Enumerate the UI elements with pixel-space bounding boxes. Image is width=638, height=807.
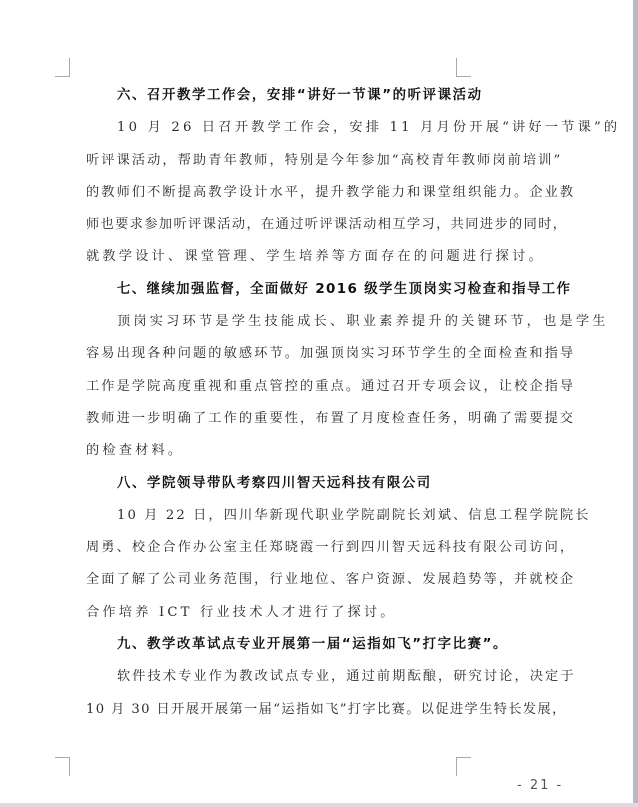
paragraph-line: 的教师们不断提高教学设计水平，提升教学能力和课堂组织能力。企业教 <box>86 177 556 209</box>
paragraph-line: 全面了解了公司业务范围，行业地位、客户资源、发展趋势等，并就校企 <box>86 564 556 596</box>
paragraph-line: 10 月 30 日开展开展第一届“运指如飞”打字比赛。以促进学生特长发展， <box>86 694 556 726</box>
section-heading: 六、召开教学工作会，安排“讲好一节课”的听评课活动 <box>86 80 556 112</box>
paragraph-line: 10 月 22 日，四川华新现代职业学院副院长刘斌、信息工程学院院长 <box>86 500 556 532</box>
document-page: 六、召开教学工作会，安排“讲好一节课”的听评课活动 10 月 26 日召开教学工… <box>0 0 633 803</box>
paragraph-line: 顶岗实习环节是学生技能成长、职业素养提升的关键环节，也是学生 <box>86 306 556 338</box>
page-number: - 21 - <box>517 778 563 793</box>
paragraph-line: 就教学设计、课堂管理、学生培养等方面存在的问题进行探讨。 <box>86 241 556 273</box>
section-heading: 七、继续加强监督，全面做好 2016 级学生顶岗实习检查和指导工作 <box>86 274 556 306</box>
section-heading: 九、教学改革试点专业开展第一届“运指如飞”打字比赛”。 <box>86 629 556 661</box>
paragraph-line: 容易出现各种问题的敏感环节。加强顶岗实习环节学生的全面检查和指导 <box>86 338 556 370</box>
document-viewport: 六、召开教学工作会，安排“讲好一节课”的听评课活动 10 月 26 日召开教学工… <box>0 0 638 807</box>
crop-mark-bottom-right <box>456 757 471 776</box>
paragraph-line: 听评课活动，帮助青年教师，特别是今年参加“高校青年教师岗前培训” <box>86 145 556 177</box>
crop-mark-bottom-left <box>55 757 70 776</box>
vertical-scrollbar[interactable] <box>633 0 638 807</box>
paragraph-line: 工作是学院高度重视和重点管控的重点。通过召开专项会议，让校企指导 <box>86 371 556 403</box>
crop-mark-top-right <box>456 58 471 77</box>
paragraph-line: 10 月 26 日召开教学工作会，安排 11 月月份开展“讲好一节课”的 <box>86 112 556 144</box>
document-body: 六、召开教学工作会，安排“讲好一节课”的听评课活动 10 月 26 日召开教学工… <box>86 80 556 726</box>
paragraph-line: 师也要求参加听评课活动，在通过听评课活动相互学习，共同进步的同时， <box>86 209 556 241</box>
crop-mark-top-left <box>55 58 70 77</box>
paragraph-line: 的检查材料。 <box>86 435 556 467</box>
paragraph-line: 合作培养 ICT 行业技术人才进行了探讨。 <box>86 597 556 629</box>
paragraph-line: 软件技术专业作为教改试点专业，通过前期酝酿，研究讨论，决定于 <box>86 661 556 693</box>
paragraph-line: 周勇、校企合作办公室主任郑晓霞一行到四川智天远科技有限公司访问， <box>86 532 556 564</box>
section-heading: 八、学院领导带队考察四川智天远科技有限公司 <box>86 468 556 500</box>
paragraph-line: 教师进一步明确了工作的重要性，布置了月度检查任务，明确了需要提交 <box>86 403 556 435</box>
page-gap <box>0 803 638 807</box>
